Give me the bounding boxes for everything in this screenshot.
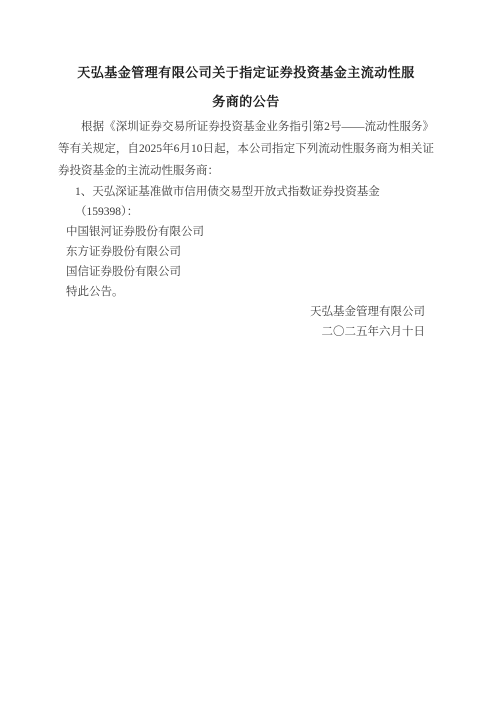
document-body: 根据《深圳证券交易所证券投资基金业务指引第2号——流动性服务》等有关规定，自20… [58,116,434,342]
closing-statement: 特此公告。 [58,282,434,302]
announcement-document: 天弘基金管理有限公司关于指定证券投资基金主流动性服 务商的公告 根据《深圳证券交… [0,0,500,342]
liquidity-provider-2: 东方证券股份有限公司 [58,242,434,262]
announcement-date: 二〇二五年六月十日 [58,322,434,342]
liquidity-provider-1: 中国银河证券股份有限公司 [58,222,434,242]
signature-block: 天弘基金管理有限公司 二〇二五年六月十日 [58,302,434,342]
document-title-line-2: 务商的公告 [58,87,434,116]
announcement-page: 天弘基金管理有限公司关于指定证券投资基金主流动性服 务商的公告 根据《深圳证券交… [0,0,500,707]
liquidity-provider-3: 国信证券股份有限公司 [58,262,434,282]
company-signature: 天弘基金管理有限公司 [58,302,434,322]
document-title-line-1: 天弘基金管理有限公司关于指定证券投资基金主流动性服 [58,58,434,87]
intro-paragraph: 根据《深圳证券交易所证券投资基金业务指引第2号——流动性服务》等有关规定，自20… [58,116,434,182]
document-title: 天弘基金管理有限公司关于指定证券投资基金主流动性服 务商的公告 [58,58,434,116]
fund-list-item: 1、天弘深证基准做市信用债交易型开放式指数证券投资基金（159398）： [58,182,434,222]
